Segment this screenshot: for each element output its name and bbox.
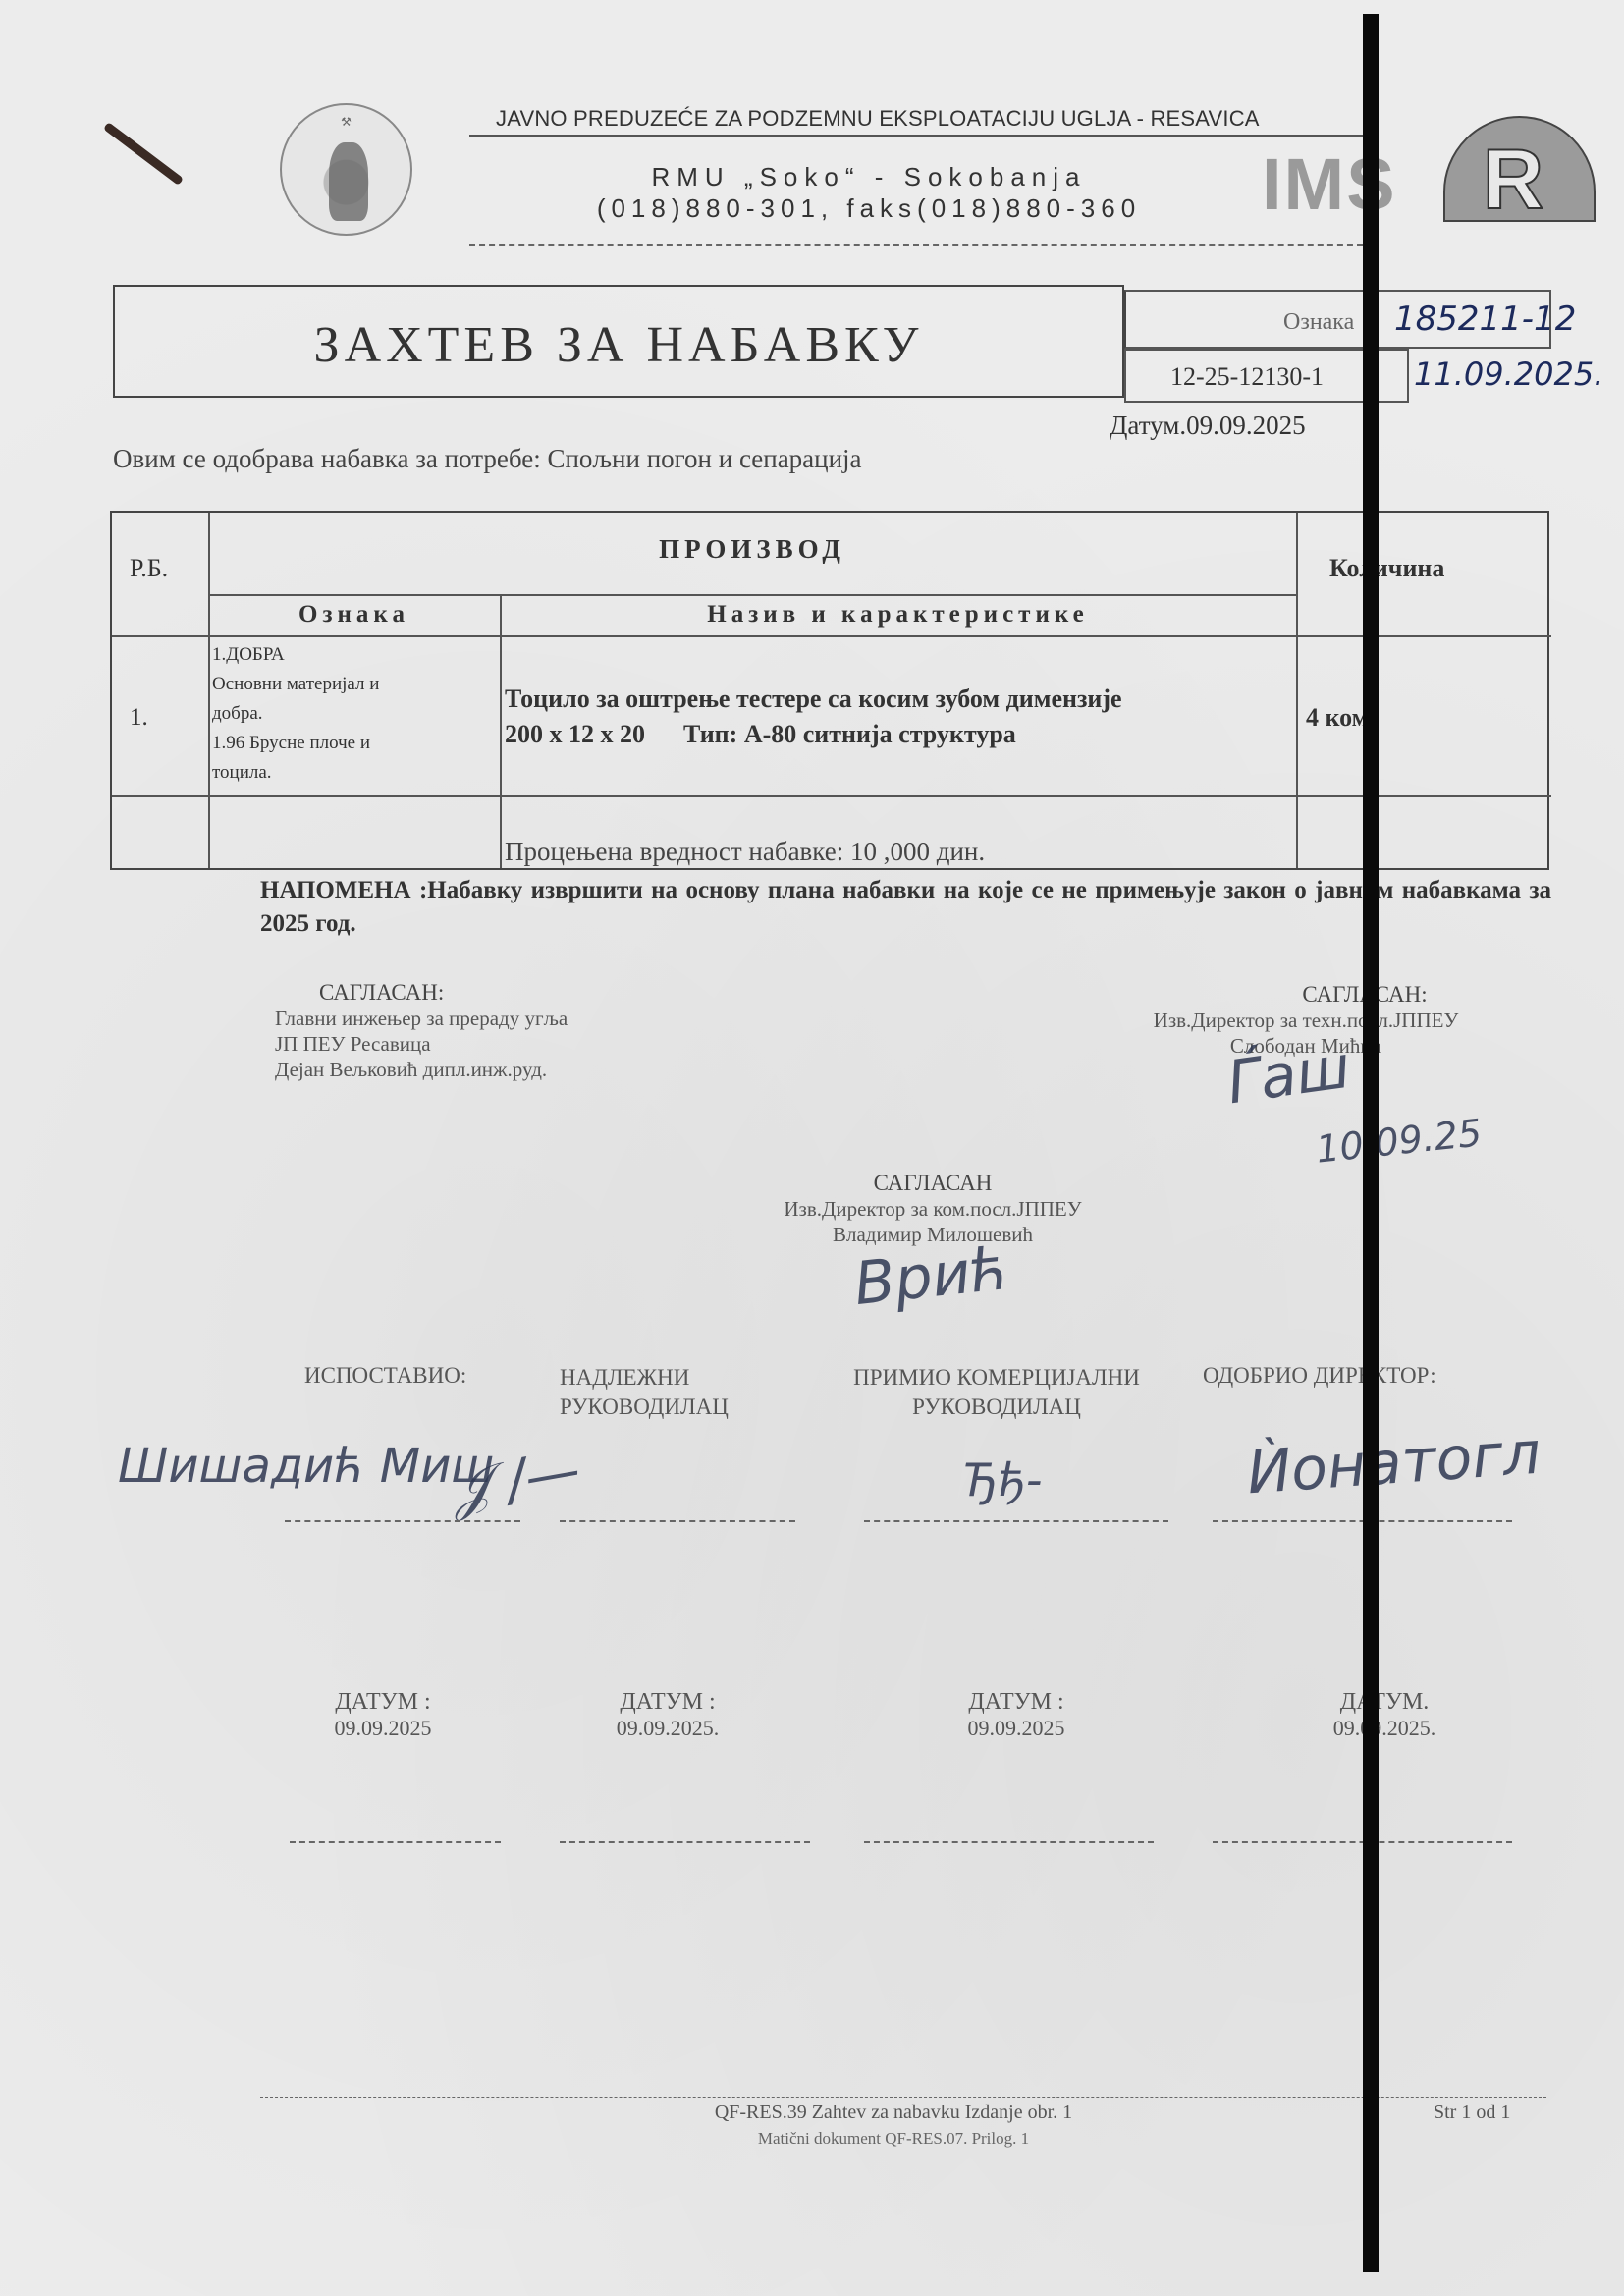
unit-name: RMU „Soko“ - Sokobanja <box>496 162 1242 192</box>
header-divider-bottom <box>469 244 1363 246</box>
row-code: 1.ДОБРА Основни материјал и добра. 1.96 … <box>212 640 497 788</box>
signature-director: Ѝонатогл <box>1245 1419 1543 1508</box>
phone-fax: (018)880-301, faks(018)880-360 <box>496 193 1242 224</box>
row-name: Тоцило за оштрење тестере са косим зубом… <box>505 682 1122 752</box>
handwritten-date-tech-director: 10.09.25 <box>1314 1111 1484 1171</box>
company-emblem-icon: ⚒ <box>280 103 412 236</box>
header-divider-top <box>469 135 1363 137</box>
document-date: Датум.09.09.2025 <box>1110 410 1306 441</box>
footer-form-code: QF-RES.39 Zahtev za nabavku Izdanje obr.… <box>550 2102 1237 2124</box>
date-block-1: ДАТУМ : 09.09.2025 <box>295 1689 471 1741</box>
product-table: Р.Б. ПРОИЗВОД Ознака Назив и карактерист… <box>110 511 1549 870</box>
document-title: ЗАХТЕВ ЗА НАБАВКУ <box>115 316 1122 374</box>
footer-master-doc: Matični dokument QF-RES.07. Prilog. 1 <box>550 2129 1237 2149</box>
oznaka-label: Ознака <box>1283 309 1354 336</box>
role-commercial-manager: ПРИМИО КОМЕРЦИЈАЛНИ РУКОВОДИЛАЦ <box>820 1363 1173 1422</box>
document-title-box: ЗАХТЕВ ЗА НАБАВКУ <box>113 285 1124 398</box>
handwritten-oznaka: 185211-12 <box>1394 300 1576 339</box>
signature-line-1 <box>285 1520 520 1522</box>
signature-line-2 <box>560 1520 795 1522</box>
scanned-page: ⚒ JAVNO PREDUZEĆE ZA PODZEMNU EKSPLOATAC… <box>0 0 1624 2296</box>
row-quantity: 4 ком <box>1306 703 1369 733</box>
date-line-2 <box>560 1841 810 1843</box>
approval-purpose: Овим се одобрава набавка за потребе: Спо… <box>113 444 862 474</box>
signature-line-3 <box>864 1520 1168 1522</box>
estimated-value: Процењена вредност набавке: 10 ,000 дин. <box>505 837 985 867</box>
date-block-4: ДАТУМ. 09.09.2025. <box>1296 1689 1473 1741</box>
role-director: ОДОБРИО ДИРЕКТОР: <box>1203 1363 1436 1389</box>
date-line-1 <box>290 1841 501 1843</box>
note-text: НАПОМЕНА :Набавку извршити на основу пла… <box>260 874 1551 941</box>
footer-divider <box>260 2097 1546 2098</box>
date-line-3 <box>864 1841 1154 1843</box>
ims-eagle-logo-icon: R <box>1443 116 1596 222</box>
row-rb: 1. <box>130 704 148 732</box>
date-block-2: ДАТУМ : 09.09.2025. <box>579 1689 756 1741</box>
scan-artifact-bar <box>1363 14 1379 2272</box>
pen-stroke-mark <box>103 122 184 186</box>
role-issued-by: ИСПОСТАВИО: <box>304 1363 466 1389</box>
role-manager: НАДЛЕЖНИ РУКОВОДИЛАЦ <box>560 1363 729 1422</box>
footer-page-number: Str 1 od 1 <box>1434 2102 1510 2124</box>
handwritten-received-date: 11.09.2025. <box>1414 355 1603 393</box>
date-block-3: ДАТУМ : 09.09.2025 <box>928 1689 1105 1741</box>
company-name: JAVNO PREDUZEĆE ZA PODZEMNU EKSPLOATACIJ… <box>496 106 1260 132</box>
approval-left: САГЛАСАН: Главни инжењер за прераду угља… <box>275 980 568 1082</box>
request-number: 12-25-12130-1 <box>1170 362 1324 392</box>
header-quantity: Количина <box>1329 554 1444 583</box>
signature-issued-by: Шишадић Миш <box>118 1439 494 1494</box>
approval-center: САГЛАСАН Изв.Директор за ком.посл.ЈППЕУ … <box>687 1171 1178 1247</box>
header-rb: Р.Б. <box>130 554 168 583</box>
header-name: Назив и карактеристике <box>500 601 1296 629</box>
header-code: Ознака <box>208 601 500 629</box>
header-product: ПРОИЗВОД <box>208 534 1296 565</box>
signature-commercial-director: Врић <box>851 1234 1012 1319</box>
signature-commercial-manager: Ђђ- <box>962 1453 1043 1506</box>
